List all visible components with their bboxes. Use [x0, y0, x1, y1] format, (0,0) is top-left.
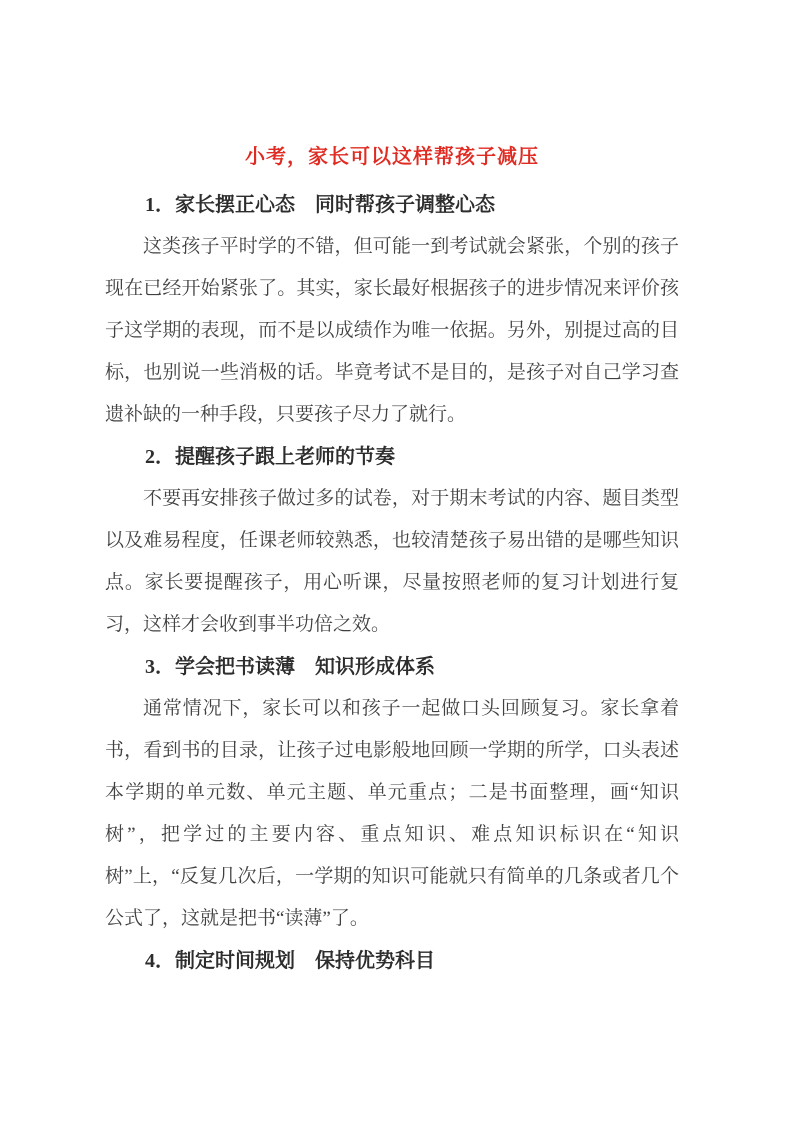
- section-paragraph: 通常情况下，家长可以和孩子一起做口头回顾复习。家长拿着书，看到书的目录，让孩子过…: [105, 688, 679, 940]
- section-4: 4．制定时间规划 保持优势科目: [105, 940, 679, 982]
- document-page: 小考，家长可以这样帮孩子减压 1．家长摆正心态 同时帮孩子调整心态 这类孩子平时…: [0, 0, 793, 1122]
- section-heading: 3．学会把书读薄 知识形成体系: [105, 646, 679, 688]
- section-heading: 1．家长摆正心态 同时帮孩子调整心态: [105, 184, 679, 226]
- section-heading: 4．制定时间规划 保持优势科目: [105, 940, 679, 982]
- section-3: 3．学会把书读薄 知识形成体系 通常情况下，家长可以和孩子一起做口头回顾复习。家…: [105, 646, 679, 940]
- section-heading: 2．提醒孩子跟上老师的节奏: [105, 436, 679, 478]
- section-2: 2．提醒孩子跟上老师的节奏 不要再安排孩子做过多的试卷，对于期末考试的内容、题目…: [105, 436, 679, 646]
- section-paragraph: 这类孩子平时学的不错，但可能一到考试就会紧张，个别的孩子现在已经开始紧张了。其实…: [105, 226, 679, 436]
- section-paragraph: 不要再安排孩子做过多的试卷，对于期末考试的内容、题目类型以及难易程度，任课老师较…: [105, 478, 679, 646]
- section-1: 1．家长摆正心态 同时帮孩子调整心态 这类孩子平时学的不错，但可能一到考试就会紧…: [105, 184, 679, 436]
- document-title: 小考，家长可以这样帮孩子减压: [105, 136, 679, 178]
